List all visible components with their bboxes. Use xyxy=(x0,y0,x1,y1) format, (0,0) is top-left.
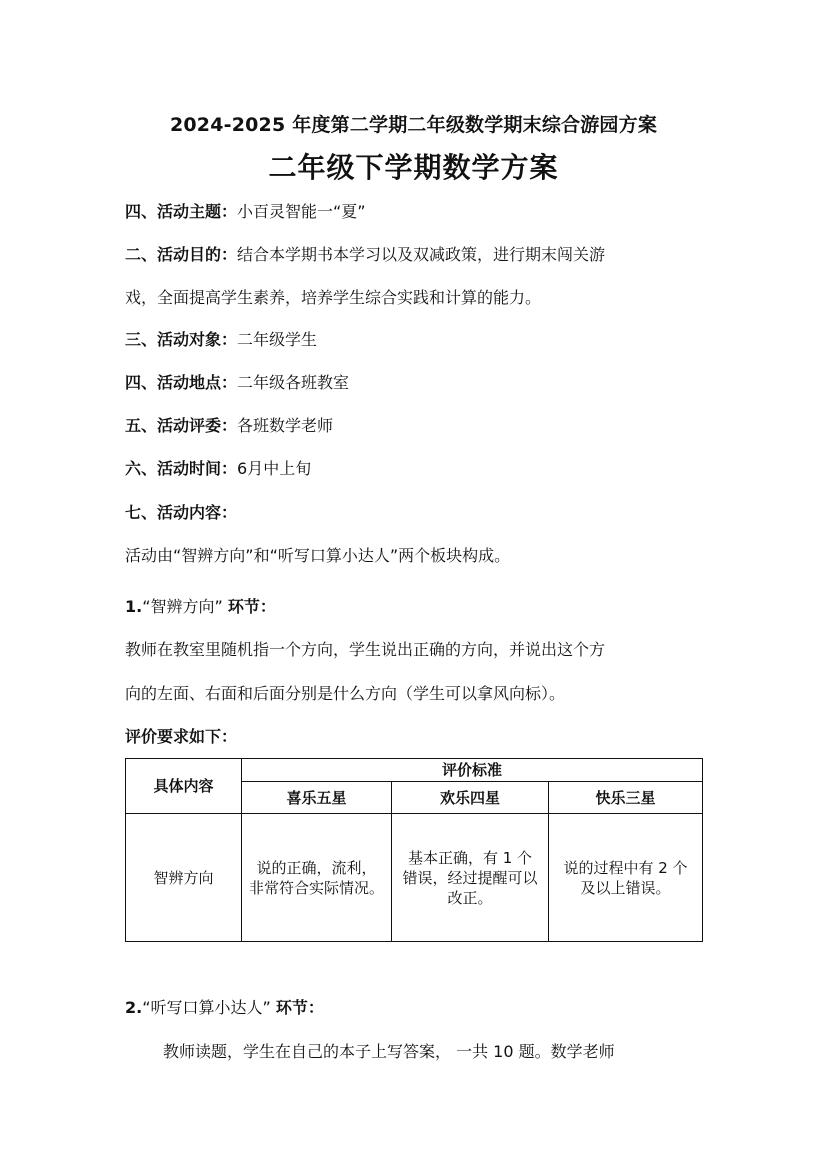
cell-line: 及以上错误。 xyxy=(551,878,700,898)
part2-desc-line1: 教师读题，学生在自己的本子上写答案， 一共 10 题。数学老师 xyxy=(163,1042,615,1062)
section-label: 六、活动时间： xyxy=(125,459,237,478)
evaluation-table: 具体内容 评价标准 喜乐五星 欢乐四星 快乐三星 智辨方向 说的正确，流利， 非… xyxy=(125,758,703,942)
section-judges: 五、活动评委：各班数学老师 xyxy=(125,416,333,436)
cell-line: 改正。 xyxy=(394,888,546,908)
section-label: 五、活动评委： xyxy=(125,416,237,435)
header-level-five: 喜乐五星 xyxy=(242,782,392,814)
section-label: 三、活动对象： xyxy=(125,330,237,349)
part1-suffix: 环节： xyxy=(228,597,276,616)
section-theme: 四、活动主题：小百灵智能一“夏” xyxy=(125,202,366,222)
part2-name: “听写口算小达人” xyxy=(142,998,271,1017)
section-label: 二、活动目的： xyxy=(125,245,237,264)
section-value: 各班数学老师 xyxy=(237,416,333,435)
document-subtitle: 二年级下学期数学方案 xyxy=(0,146,827,186)
section-target: 三、活动对象：二年级学生 xyxy=(125,330,317,350)
header-standard: 评价标准 xyxy=(242,759,703,782)
row-five: 说的正确，流利， 非常符合实际情况。 xyxy=(242,814,392,942)
cell-line: 说的正确，流利， xyxy=(244,858,389,878)
section-content: 七、活动内容： xyxy=(125,503,237,523)
section-location: 四、活动地点：二年级各班教室 xyxy=(125,373,349,393)
section-purpose-cont: 戏，全面提高学生素养，培养学生综合实践和计算的能力。 xyxy=(125,288,541,308)
part1-heading: 1.“智辨方向” 环节： xyxy=(125,597,276,617)
cell-line: 说的过程中有 2 个 xyxy=(551,858,700,878)
section-label: 四、活动地点： xyxy=(125,373,237,392)
section-label: 七、活动内容： xyxy=(125,503,237,522)
cell-line: 基本正确，有 1 个 xyxy=(394,848,546,868)
content-intro: 活动由“智辨方向”和“听写口算小达人”两个板块构成。 xyxy=(125,546,510,566)
header-level-three: 快乐三星 xyxy=(549,782,703,814)
section-value: 二年级学生 xyxy=(237,330,317,349)
row-item: 智辨方向 xyxy=(126,814,242,942)
section-purpose: 二、活动目的：结合本学期书本学习以及双减政策，进行期末闯关游 xyxy=(125,245,605,265)
row-three: 说的过程中有 2 个 及以上错误。 xyxy=(549,814,703,942)
part1-desc-line2: 向的左面、右面和后面分别是什么方向（学生可以拿风向标）。 xyxy=(125,684,565,704)
part1-desc-line1: 教师在教室里随机指一个方向，学生说出正确的方向，并说出这个方 xyxy=(125,640,605,660)
section-value: 6月中上旬 xyxy=(237,459,311,478)
section-value: 结合本学期书本学习以及双减政策，进行期末闯关游 xyxy=(237,245,605,264)
eval-heading: 评价要求如下： xyxy=(125,727,237,747)
section-value: 二年级各班教室 xyxy=(237,373,349,392)
section-time: 六、活动时间：6月中上旬 xyxy=(125,459,311,479)
part1-num: 1. xyxy=(125,597,142,616)
part1-name: “智辨方向” xyxy=(142,597,223,616)
header-content: 具体内容 xyxy=(126,759,242,814)
cell-line: 错误，经过提醒可以 xyxy=(394,868,546,888)
section-value: 小百灵智能一“夏” xyxy=(237,202,366,221)
document-title: 2024-2025 年度第二学期二年级数学期末综合游园方案 xyxy=(0,110,827,137)
row-four: 基本正确，有 1 个 错误，经过提醒可以 改正。 xyxy=(392,814,549,942)
part2-heading: 2.“听写口算小达人” 环节： xyxy=(125,998,324,1018)
header-level-four: 欢乐四星 xyxy=(392,782,549,814)
table-row: 智辨方向 说的正确，流利， 非常符合实际情况。 基本正确，有 1 个 错误，经过… xyxy=(126,814,703,942)
cell-line: 非常符合实际情况。 xyxy=(244,878,389,898)
section-label: 四、活动主题： xyxy=(125,202,237,221)
part2-num: 2. xyxy=(125,998,142,1017)
eval-heading-text: 评价要求如下： xyxy=(125,727,237,746)
part2-suffix: 环节： xyxy=(276,998,324,1017)
